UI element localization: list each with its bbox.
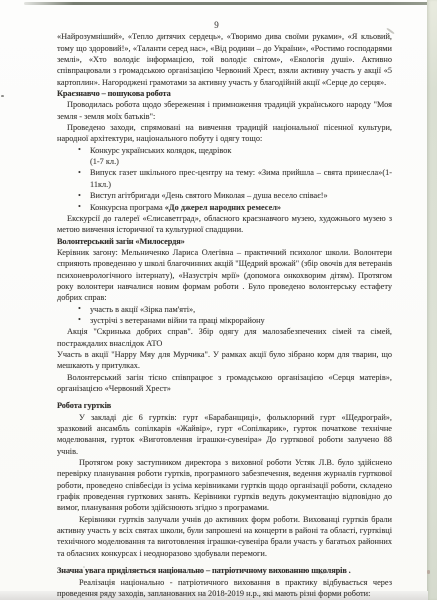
- bullet-icon: •: [78, 314, 81, 325]
- paragraph: Участь в акції "Happy Мяу для Мурчика". …: [57, 349, 392, 372]
- section-heading: Значна увага приділяється національно – …: [57, 565, 392, 576]
- paragraph: Реалізація національно - патріотичного в…: [57, 577, 392, 600]
- list-item-text: Виступ агітбригади «День святого Миколая…: [90, 191, 328, 200]
- scan-speck: [1, 95, 4, 97]
- page-number: 9: [49, 20, 384, 31]
- scan-edge-top: [24, 2, 437, 5]
- list-item: •Виступ агітбригади «День святого Микола…: [57, 190, 392, 201]
- section-heading: Робота гуртків: [57, 400, 392, 411]
- list-item: •зустрічі з ветеранами війни та праці мі…: [57, 315, 392, 326]
- list-item-text: Випуск газет шкільного прес-центру на те…: [90, 168, 392, 188]
- paragraph: Керівники гуртків залучали учнів до акти…: [57, 514, 392, 559]
- scan-edge-right: [427, 0, 437, 600]
- paragraph: Протягом року заступником директора з ви…: [57, 457, 392, 514]
- bullet-icon: •: [78, 167, 81, 178]
- section-heading: Краєзнавчо – пошукова робота: [57, 88, 392, 99]
- paragraph: Керівник загону: Мельниченко Лариса Олег…: [57, 247, 392, 304]
- paragraph: Проведено заходи, спрямовані на вивчення…: [57, 122, 392, 145]
- paragraph: У закладі діє 6 гуртків: гурт «Барабанщи…: [57, 412, 392, 457]
- section-heading: Волонтерський загін «Милосердя»: [57, 236, 392, 247]
- scan-speck: [427, 570, 430, 574]
- list-item-text: зустрічі з ветеранами війни та праці мік…: [90, 316, 265, 325]
- paragraph: Акція "Скринька добрих справ". Збір одяг…: [57, 326, 392, 349]
- list-item: •Конкурс українських колядок, щедрівок (…: [57, 145, 392, 168]
- list-item: •Конкурсна програма «До джерел народних …: [57, 202, 392, 213]
- paragraph: Проводилась робота щодо збереження і при…: [57, 99, 392, 122]
- bullet-icon: •: [78, 190, 81, 201]
- list-item-text: Конкурсна програма: [90, 203, 165, 212]
- bullet-icon: •: [78, 303, 81, 314]
- list-item: •участь в акції «Зірка пам'яті»,: [57, 304, 392, 315]
- document-content: 9 «Найрозумніший», «Тепло дитячих сердец…: [57, 20, 392, 599]
- paragraph: Екскурсії до галереї «Єлисаветград», обл…: [57, 213, 392, 236]
- list-item-text: участь в акції «Зірка пам'яті»,: [90, 305, 195, 314]
- bullet-icon: •: [78, 201, 81, 212]
- paragraph: Волонтерський загін тісно співпрацює з г…: [57, 372, 392, 395]
- list-item-bold-text: «До джерел народних ремесел»: [165, 203, 281, 212]
- bullet-icon: •: [78, 144, 81, 155]
- scanned-page: 9 «Найрозумніший», «Тепло дитячих сердец…: [0, 0, 437, 600]
- list-item: •Випуск газет шкільного прес-центру на т…: [57, 167, 392, 190]
- paragraph: «Найрозумніший», «Тепло дитячих сердець»…: [57, 31, 392, 88]
- list-item-text: Конкурс українських колядок, щедрівок (1…: [90, 146, 231, 166]
